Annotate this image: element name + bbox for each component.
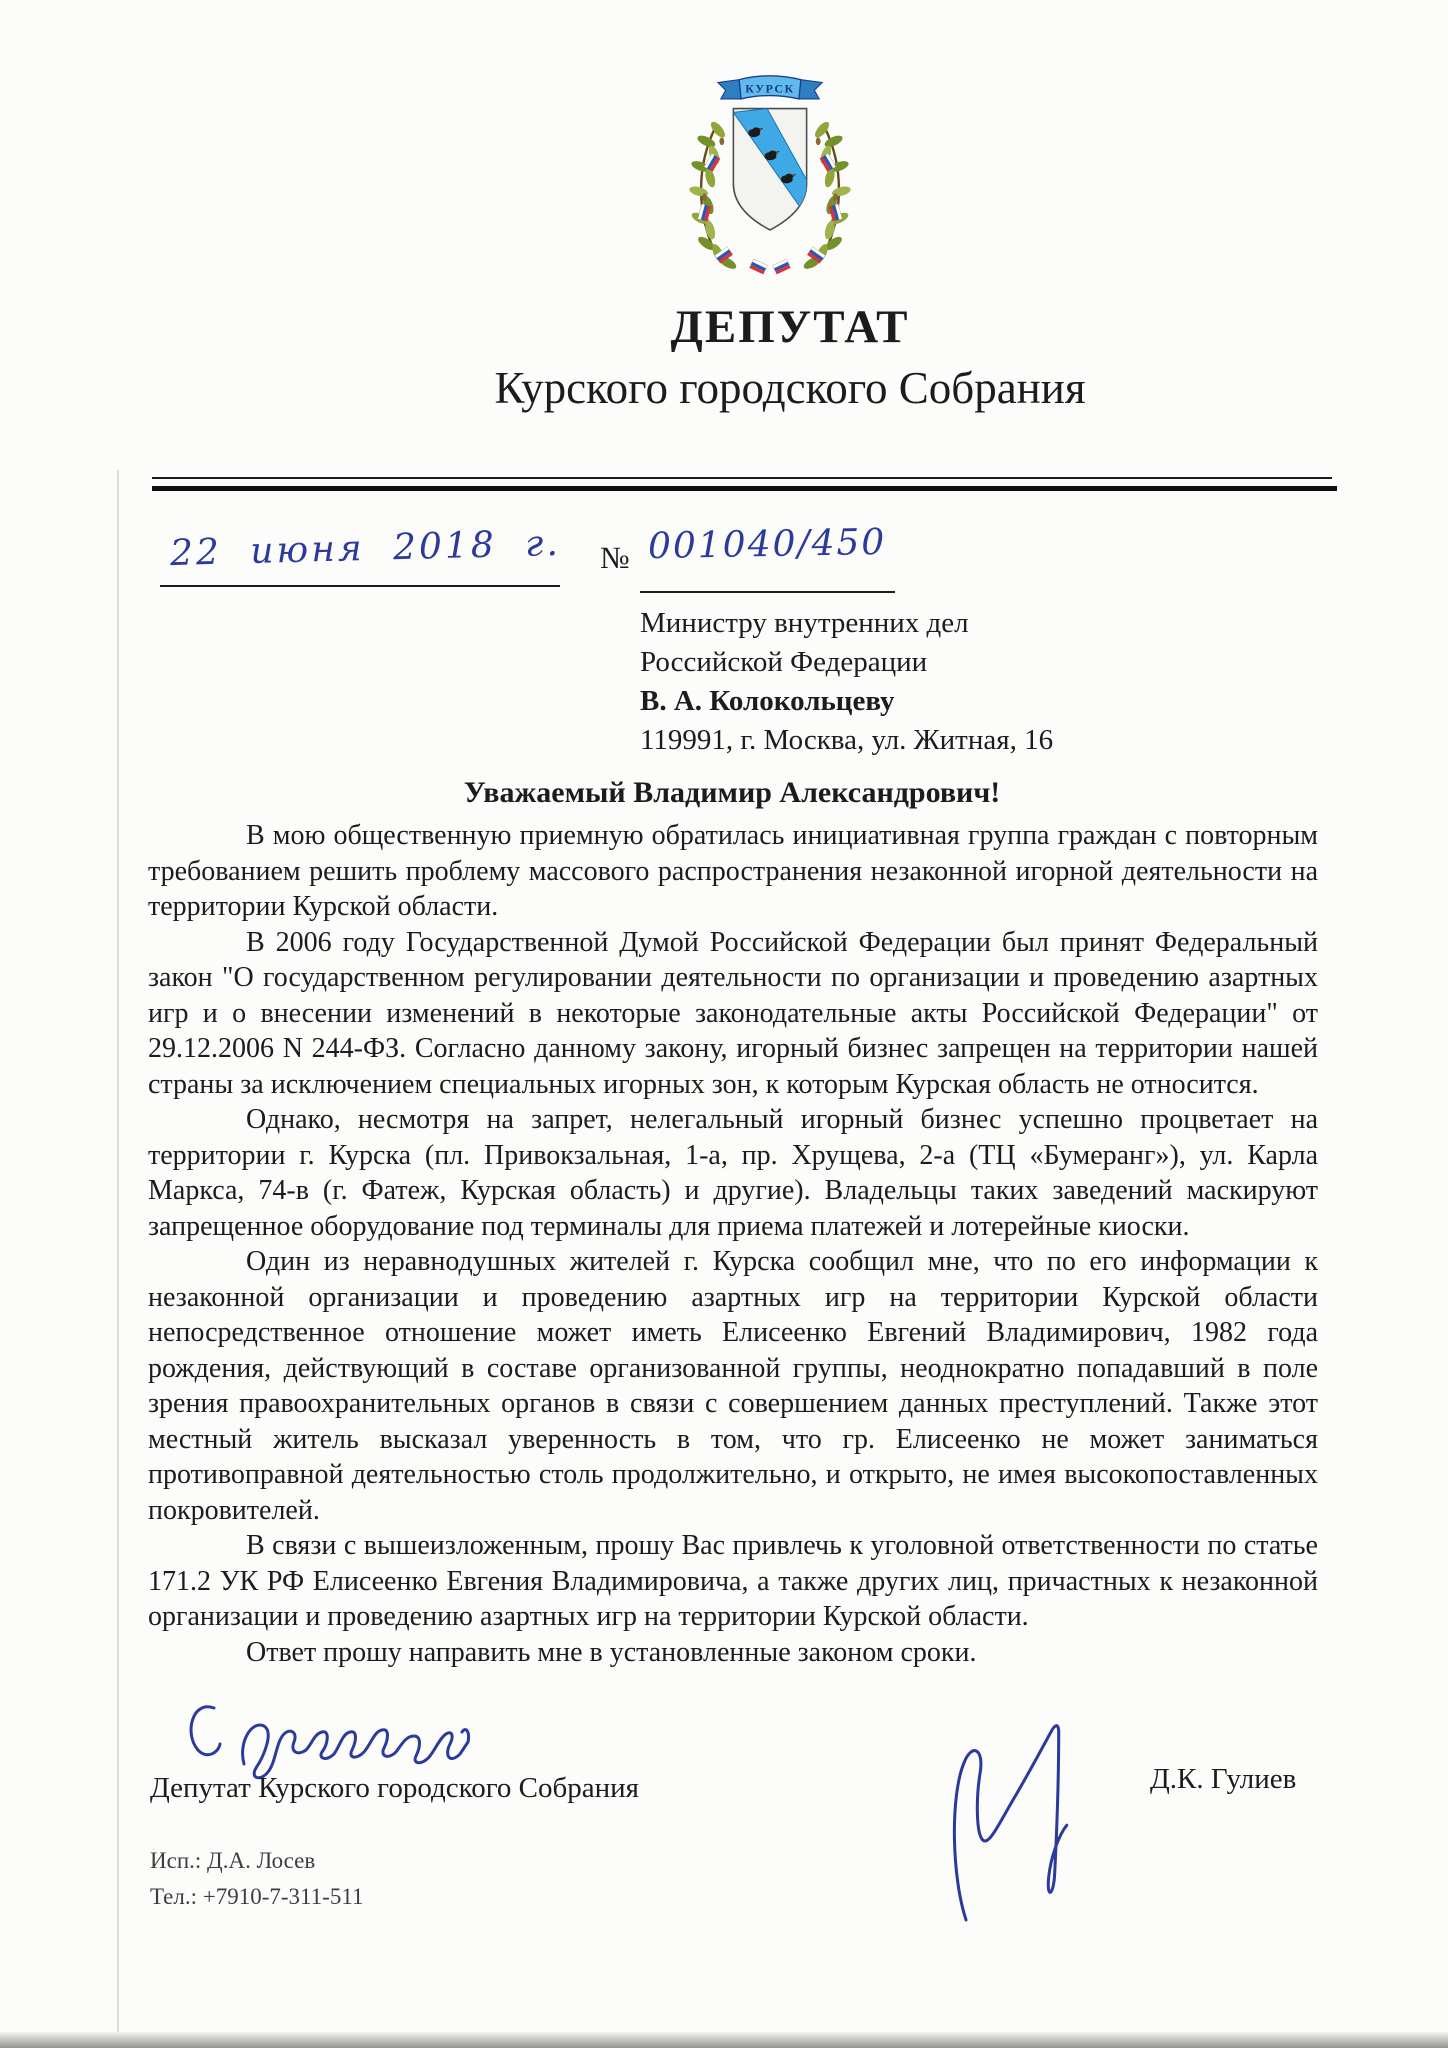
addressee-name: В. А. Колокольцеву	[640, 682, 1160, 721]
addressee-address: 119991, г. Москва, ул. Житная, 16	[640, 721, 1160, 760]
number-sign: №	[600, 540, 630, 576]
salutation: Уважаемый Владимир Александрович!	[148, 776, 1316, 810]
letterhead-rule-thin	[152, 477, 1332, 479]
signer-position: Депутат Курского городского Собрания	[150, 1772, 639, 1805]
emblem-banner-text: КУРСК	[745, 82, 794, 96]
scan-artifact-line	[117, 470, 119, 2048]
paragraph: Один из неравнодушных жителей г. Курска …	[148, 1244, 1318, 1528]
addressee-line: Министру внутренних дел	[640, 604, 1160, 643]
date-handwritten: 22 июня 2018 г.	[170, 523, 562, 574]
scanned-letter-page: КУРСК ДЕПУТАТ Курского городского Собран…	[0, 0, 1448, 2048]
paragraph: В связи с вышеизложенным, прошу Вас прив…	[148, 1528, 1318, 1635]
shield	[733, 109, 806, 230]
letterhead-rule-thick	[152, 486, 1337, 491]
tricolor-bow	[749, 259, 790, 274]
addressee-line: Российской Федерации	[640, 643, 1160, 682]
oak-wreath-branch	[688, 120, 738, 272]
date-underline	[160, 585, 560, 587]
letterhead-title: ДЕПУТАТ	[140, 300, 1440, 354]
phone-line: Тел.: +7910-7-311-511	[150, 1884, 364, 1910]
letterhead-subtitle: Курского городского Собрания	[140, 362, 1440, 414]
signer-name: Д.К. Гулиев	[1150, 1763, 1296, 1796]
letter-body: В мою общественную приемную обратилась и…	[148, 818, 1318, 1670]
kursk-coat-of-arms: КУРСК	[672, 70, 868, 282]
kursk-banner: КУРСК	[718, 76, 822, 99]
paragraph: В 2006 году Государственной Думой Россий…	[148, 925, 1318, 1103]
executor-line: Исп.: Д.А. Лосев	[150, 1848, 315, 1874]
paragraph: Однако, несмотря на запрет, нелегальный …	[148, 1102, 1318, 1244]
number-handwritten: 001040/450	[648, 522, 887, 567]
scan-edge-shadow	[0, 2032, 1448, 2048]
paragraph: В мою общественную приемную обратилась и…	[148, 818, 1318, 925]
number-underline	[640, 591, 895, 593]
paragraph: Ответ прошу направить мне в установленны…	[148, 1635, 1318, 1671]
deputy-signature	[938, 1662, 1123, 1934]
addressee-block: Министру внутренних дел Российской Федер…	[640, 604, 1160, 760]
